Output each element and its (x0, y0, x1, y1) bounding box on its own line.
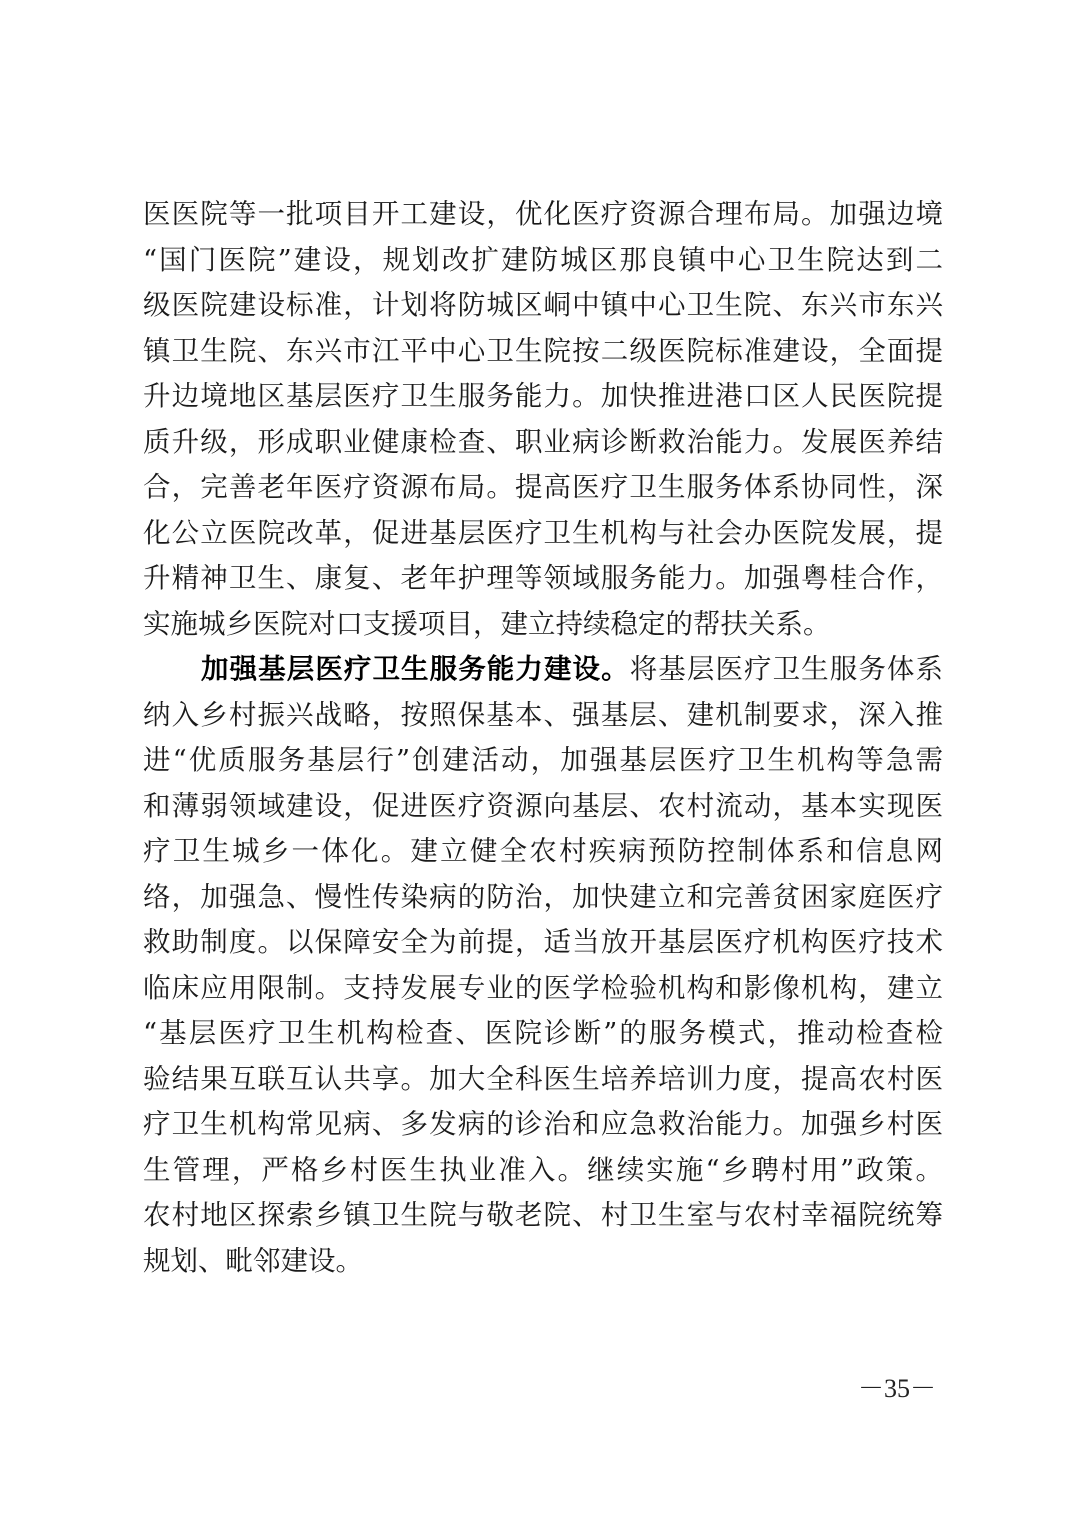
paragraph-first-line: 加强基层医疗卫生服务能力建设。将基层医疗卫生服务体系 (143, 647, 943, 693)
page-number: －35－ (858, 1368, 936, 1405)
text-line: 升精神卫生、康复、老年护理等领域服务能力。加强粤桂合作， (143, 556, 943, 602)
text-line: 生管理，严格乡村医生执业准入。继续实施“乡聘村用”政策。 (143, 1148, 943, 1194)
text-line: 升边境地区基层医疗卫生服务能力。加快推进港口区人民医院提 (143, 374, 943, 420)
text-line: 临床应用限制。支持发展专业的医学检验机构和影像机构，建立 (143, 966, 943, 1012)
text-line: 疗卫生城乡一体化。建立健全农村疾病预防控制体系和信息网 (143, 829, 943, 875)
text-line: 进“优质服务基层行”创建活动，加强基层医疗卫生机构等急需 (143, 738, 943, 784)
text-line: 规划、毗邻建设。 (143, 1239, 943, 1285)
document-page: 医医院等一批项目开工建设，优化医疗资源合理布局。加强边境 “国门医院”建设，规划… (0, 0, 1074, 1520)
text-line: “国门医院”建设，规划改扩建防城区那良镇中心卫生院达到二 (143, 238, 943, 284)
text-line: 镇卫生院、东兴市江平中心卫生院按二级医院标准建设，全面提 (143, 329, 943, 375)
paragraph-grassroots-capacity: 加强基层医疗卫生服务能力建设。将基层医疗卫生服务体系 纳入乡村振兴战略，按照保基… (143, 647, 943, 1284)
text-run: 将基层医疗卫生服务体系 (630, 653, 943, 685)
text-line: 救助制度。以保障安全为前提，适当放开基层医疗机构医疗技术 (143, 920, 943, 966)
text-line: 络，加强急、慢性传染病的防治，加快建立和完善贫困家庭医疗 (143, 875, 943, 921)
paragraph-hospital-layout: 医医院等一批项目开工建设，优化医疗资源合理布局。加强边境 “国门医院”建设，规划… (143, 192, 943, 647)
text-line: 质升级，形成职业健康检查、职业病诊断救治能力。发展医养结 (143, 420, 943, 466)
text-line: 化公立医院改革，促进基层医疗卫生机构与社会办医院发展，提 (143, 511, 943, 557)
text-line: 疗卫生机构常见病、多发病的诊治和应急救治能力。加强乡村医 (143, 1102, 943, 1148)
text-line: 验结果互联互认共享。加大全科医生培养培训力度，提高农村医 (143, 1057, 943, 1103)
text-line: 纳入乡村振兴战略，按照保基本、强基层、建机制要求，深入推 (143, 693, 943, 739)
text-line: 实施城乡医院对口支援项目，建立持续稳定的帮扶关系。 (143, 602, 943, 648)
text-line: 医医院等一批项目开工建设，优化医疗资源合理布局。加强边境 (143, 192, 943, 238)
body-text: 医医院等一批项目开工建设，优化医疗资源合理布局。加强边境 “国门医院”建设，规划… (143, 192, 943, 1284)
text-line: 合，完善老年医疗资源布局。提高医疗卫生服务体系协同性，深 (143, 465, 943, 511)
text-line: “基层医疗卫生机构检查、医院诊断”的服务模式，推动检查检 (143, 1011, 943, 1057)
text-line: 级医院建设标准，计划将防城区峒中镇中心卫生院、东兴市东兴 (143, 283, 943, 329)
text-line: 农村地区探索乡镇卫生院与敬老院、村卫生室与农村幸福院统筹 (143, 1193, 943, 1239)
text-line: 和薄弱领域建设，促进医疗资源向基层、农村流动，基本实现医 (143, 784, 943, 830)
section-heading: 加强基层医疗卫生服务能力建设。 (201, 653, 630, 685)
